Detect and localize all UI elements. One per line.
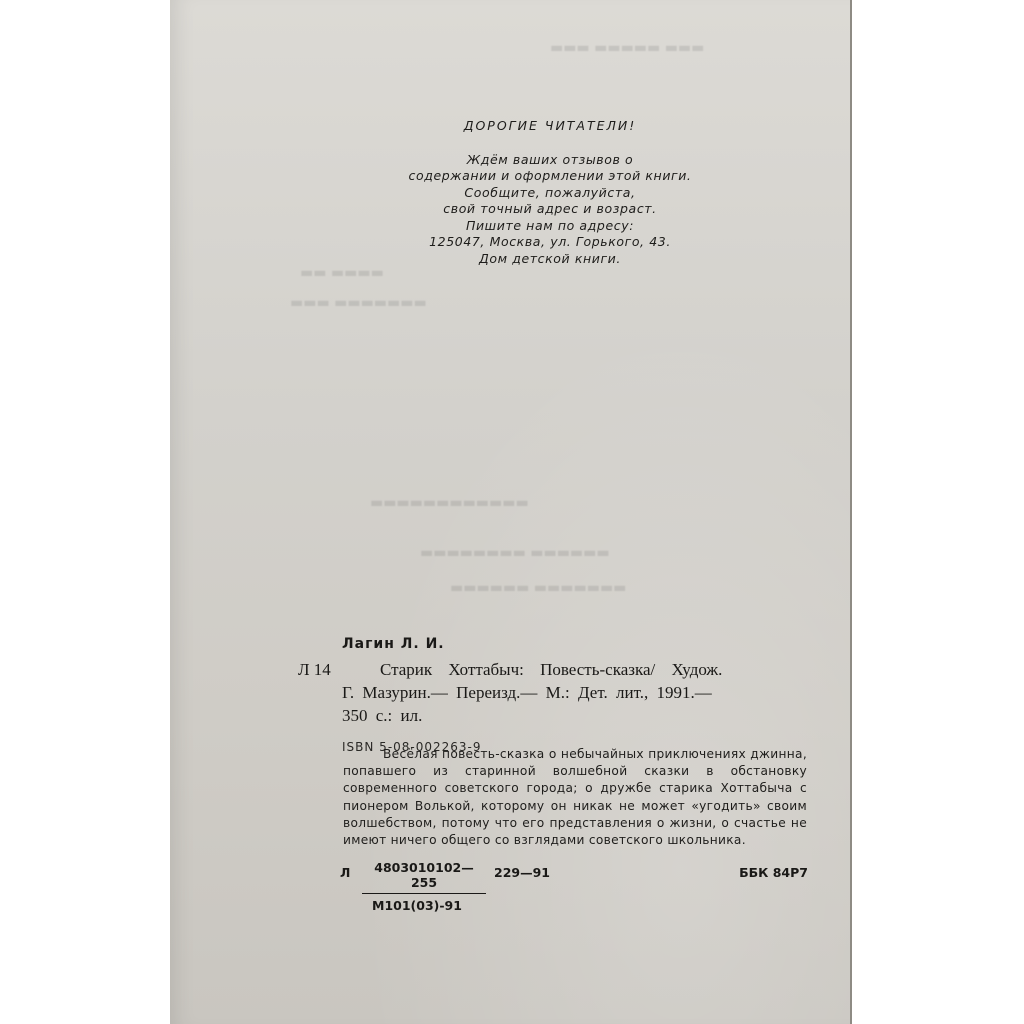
- bibliographic-entry-line: 350 с.: ил.: [342, 706, 422, 726]
- shelf-code: Л 14: [298, 660, 331, 680]
- page-edge: [850, 0, 852, 1024]
- publisher-code-numerator: 4803010102—255: [362, 860, 486, 894]
- bibliographic-entry-line: Г. Мазурин.— Переизд.— М.: Дет. лит., 19…: [342, 683, 712, 703]
- showthrough-texture: ▬▬▬▬▬▬▬ ▬▬▬▬▬▬: [450, 580, 626, 596]
- reader-notice-heading: ДОРОГИЕ ЧИТАТЕЛИ!: [380, 118, 720, 135]
- author-name: Лагин Л. И.: [342, 636, 445, 652]
- book-annotation: Весёлая повесть-сказка о небычайных прик…: [343, 746, 807, 849]
- publisher-code-fraction: 4803010102—255 М101(03)-91: [362, 860, 486, 913]
- reader-notice-line: Дом детской книги.: [380, 251, 720, 268]
- showthrough-texture: ▬▬▬▬ ▬▬: [300, 265, 384, 281]
- reader-notice-line: Сообщите, пожалуйста,: [380, 185, 720, 202]
- reader-notice-line: содержании и оформлении этой книги.: [380, 168, 720, 185]
- annotation-text: Весёлая повесть-сказка о небычайных прик…: [343, 747, 807, 847]
- reader-notice-line: Ждём ваших отзывов о: [380, 152, 720, 169]
- publisher-code-prefix: Л: [340, 865, 350, 880]
- bibliographic-entry-line: Старик Хоттабыч: Повесть-сказка/ Худож.: [380, 660, 722, 680]
- showthrough-texture: ▬▬▬▬▬▬▬▬▬▬▬▬: [370, 495, 529, 511]
- order-number: 229—91: [494, 865, 550, 880]
- publisher-code-denominator: М101(03)-91: [362, 894, 486, 913]
- reader-notice-line: свой точный адрес и возраст.: [380, 201, 720, 218]
- showthrough-texture: ▬▬▬▬▬▬ ▬▬▬▬▬▬▬▬: [420, 545, 610, 561]
- reader-notice-address: 125047, Москва, ул. Горького, 43.: [380, 234, 720, 251]
- publisher-codes: Л 4803010102—255 М101(03)-91 229—91 ББК …: [340, 860, 810, 910]
- showthrough-texture: ▬▬▬ ▬▬▬▬▬ ▬▬▬: [550, 40, 704, 56]
- bbk-code: ББК 84Р7: [739, 865, 808, 880]
- showthrough-texture: ▬▬▬▬▬▬▬ ▬▬▬: [290, 295, 427, 311]
- reader-notice-line: Пишите нам по адресу:: [380, 218, 720, 235]
- reader-notice: ДОРОГИЕ ЧИТАТЕЛИ! Ждём ваших отзывов о с…: [380, 118, 720, 267]
